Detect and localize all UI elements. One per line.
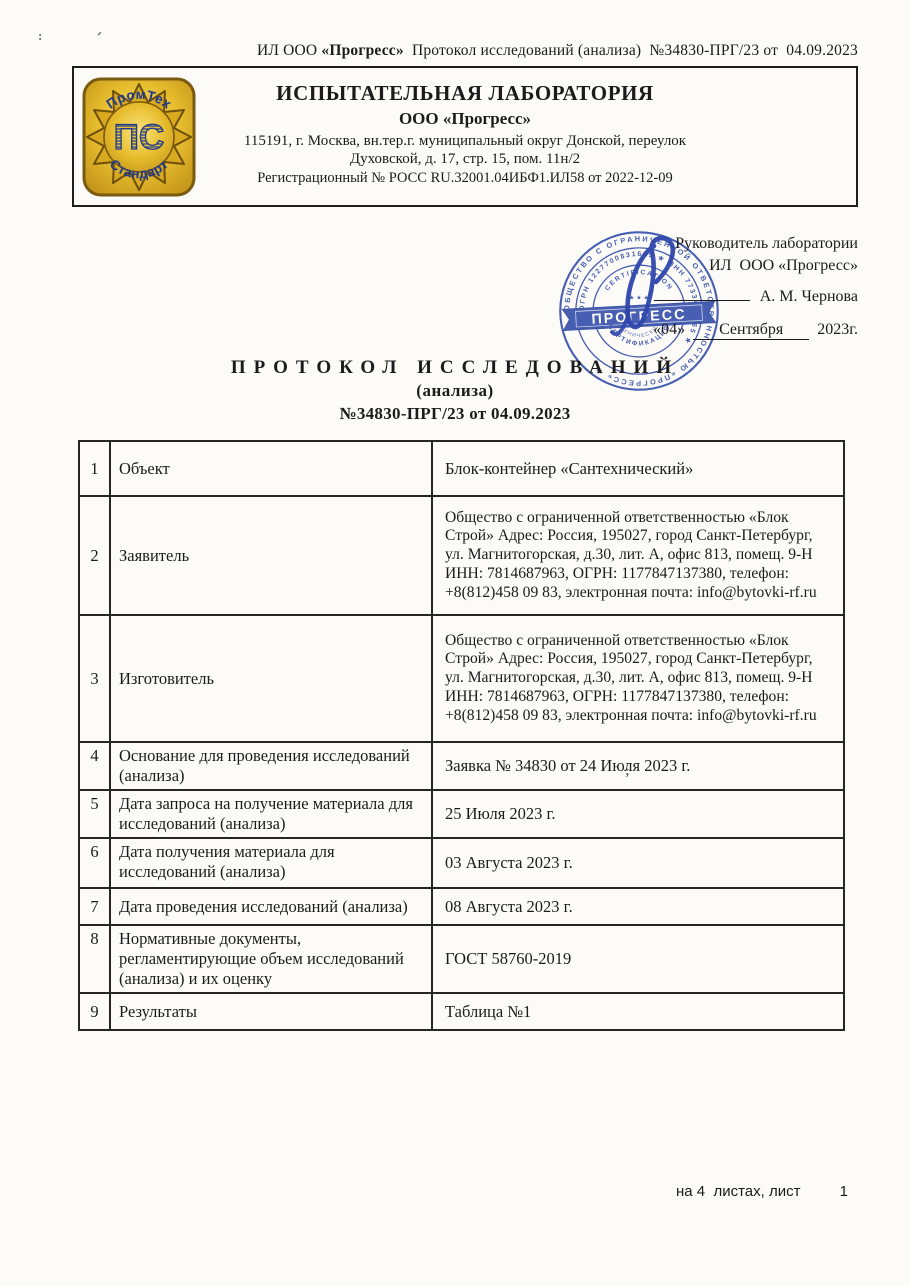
row-number-cell: 5 [79,790,110,838]
table-row: 7 Дата проведения исследований (анализа)… [79,888,844,925]
row-label-cell: Дата запроса на получение материала для … [110,790,432,838]
running-header-prefix: ИЛ ООО [257,42,321,59]
table-row: 2 Заявитель Общество с ограниченной отве… [79,496,844,615]
table-row: 4 Основание для проведения исследований … [79,742,844,790]
row-value-cell: ГОСТ 58760-2019 [432,925,844,993]
page-number: 1 [840,1183,848,1200]
row-value-cell: 25 Июля 2023 г. [432,790,844,838]
document-page: : ՛ ; ИЛ ООО «Прогресс» Протокол исследо… [0,0,910,1286]
protocol-number: №34830-ПРГ/23 от 04.09.2023 [0,403,910,424]
table-row: 3 Изготовитель Общество с ограниченной о… [79,615,844,742]
approval-year: 2023г. [817,321,858,338]
approval-month: Сентября [693,322,809,340]
protocol-info-table: 1 Объект Блок-контейнер «Сантехнический»… [78,440,845,1031]
row-label-cell: Объект [110,441,432,496]
row-number-cell: 6 [79,838,110,888]
lab-title: ИСПЫТАТЕЛЬНАЯ ЛАБОРАТОРИЯ [74,81,856,106]
table-row: 8 Нормативные документы, регламентирующи… [79,925,844,993]
row-value-cell: Общество с ограниченной ответственностью… [432,615,844,742]
row-number-cell: 8 [79,925,110,993]
scan-speck: ՛ [98,31,101,47]
row-label-cell: Дата проведения исследований (анализа) [110,888,432,925]
protocol-title-block: ПРОТОКОЛ ИССЛЕДОВАНИЙ (анализа) №34830-П… [0,357,910,424]
sheet-count-label: на 4 листах, лист [676,1183,800,1200]
row-value-cell: Общество с ограниченной ответственностью… [432,496,844,615]
approver-name: А. М. Чернова [760,288,858,305]
row-label-cell: Дата получения материала для исследовани… [110,838,432,888]
protocol-subtitle: (анализа) [0,380,910,401]
row-number-cell: 7 [79,888,110,925]
lab-org-name: ООО «Прогресс» [74,109,856,129]
row-number-cell: 9 [79,993,110,1030]
running-header: ИЛ ООО «Прогресс» Протокол исследований … [257,42,858,60]
row-value-cell: Таблица №1 [432,993,844,1030]
protocol-title: ПРОТОКОЛ ИССЛЕДОВАНИЙ [0,357,910,378]
row-value-cell: 03 Августа 2023 г. [432,838,844,888]
row-label-cell: Изготовитель [110,615,432,742]
table-row: 5 Дата запроса на получение материала дл… [79,790,844,838]
row-label-cell: Основание для проведения исследований (а… [110,742,432,790]
lab-header-box: ПромТех ПС Стандарт ИСПЫТАТЕЛЬНАЯ ЛАБОРА… [72,66,858,207]
row-value-cell: Блок-контейнер «Сантехнический» [432,441,844,496]
row-number-cell: 3 [79,615,110,742]
row-value-cell: 08 Августа 2023 г. [432,888,844,925]
running-header-org: «Прогресс» [321,42,403,59]
row-value-cell: Заявка № 34830 от 24 Июля 2023 г. [432,742,844,790]
row-label-cell: Результаты [110,993,432,1030]
row-label-cell: Заявитель [110,496,432,615]
row-number-cell: 2 [79,496,110,615]
lab-address-line2: Духовской, д. 17, стр. 15, пом. 11н/2 [74,151,856,168]
row-number-cell: 1 [79,441,110,496]
handwritten-signature-icon [592,230,702,350]
table-row: 1 Объект Блок-контейнер «Сантехнический» [79,441,844,496]
table-row: 9 Результаты Таблица №1 [79,993,844,1030]
scan-speck: : [38,28,42,44]
lab-registration-number: Регистрационный № РОСС RU.32001.04ИБФ1.И… [74,170,856,187]
row-label-cell: Нормативные документы, регламентирующие … [110,925,432,993]
running-header-rest: Протокол исследований (анализа) №34830-П… [404,42,858,59]
lab-address-line1: 115191, г. Москва, вн.тер.г. муниципальн… [74,133,856,150]
table-row: 6 Дата получения материала для исследова… [79,838,844,888]
page-footer: на 4 листах, лист 1 [676,1183,848,1200]
row-number-cell: 4 [79,742,110,790]
